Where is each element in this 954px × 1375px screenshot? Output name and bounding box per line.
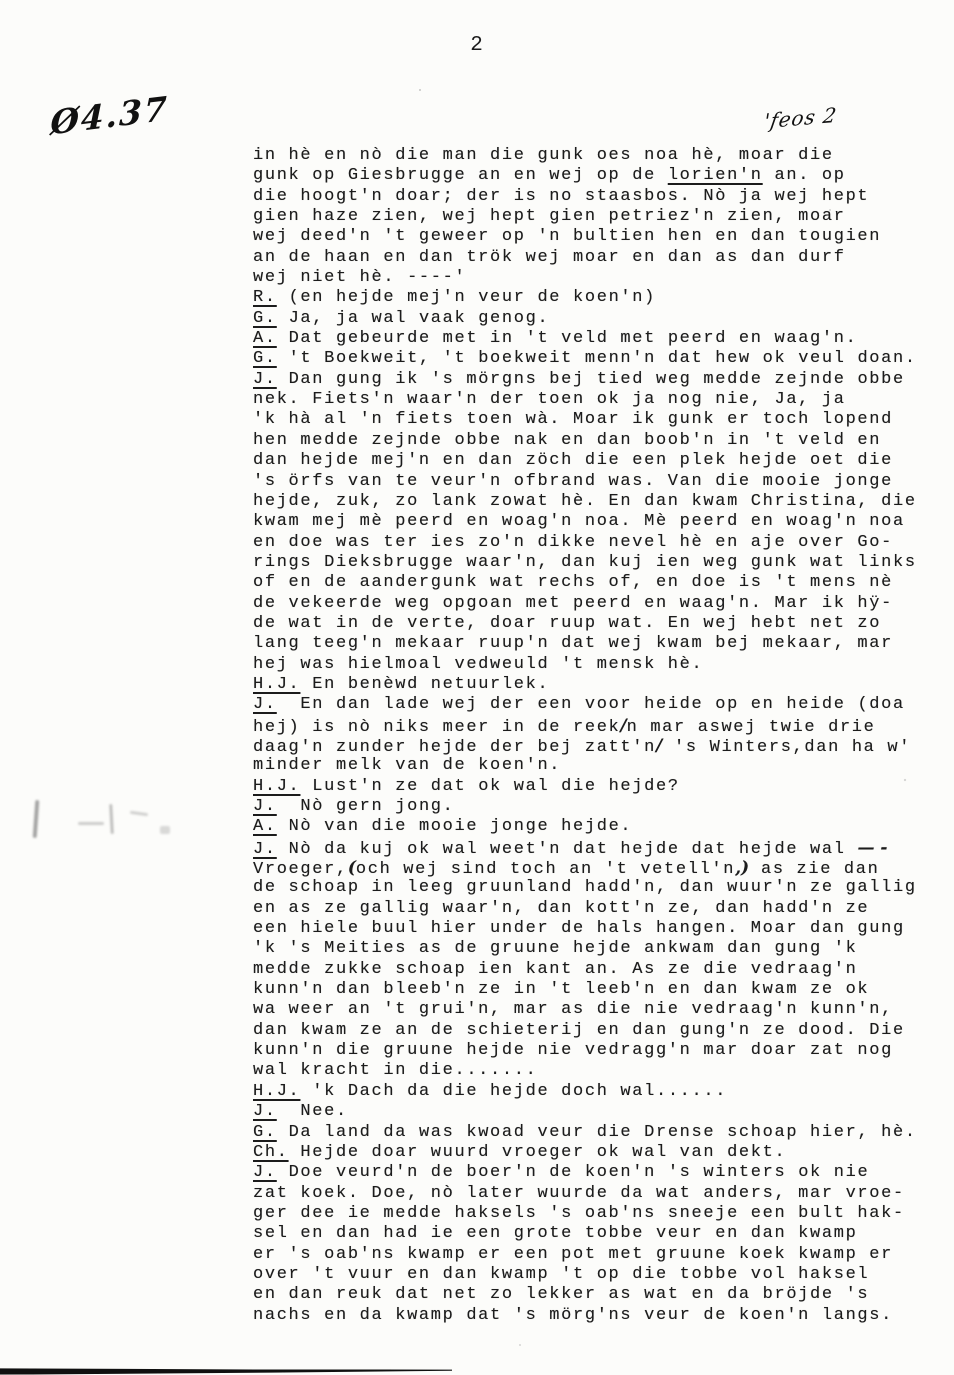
text-segment: Dan gung ik 's mörgns bej tied weg medde… [277, 370, 905, 389]
text-segment: nachs en da kwamp dat 's mörg'ns veur de… [253, 1306, 893, 1325]
text-segment: hej) is nò niks meer in de reek [253, 718, 620, 737]
underlined-speaker-label: R. [253, 288, 277, 307]
text-segment: gunk op Giesbrugge an en wej op de [253, 166, 668, 185]
underlined-speaker-label: lorien'n [668, 166, 763, 185]
handwritten-correction-mark: — - [857, 838, 887, 858]
text-segment: en as ze gallig waar'n, dan kott'n ze, d… [253, 899, 869, 918]
text-line: G. Da land da was kwoad veur die Drense … [253, 1123, 945, 1143]
text-segment: Nò da kuj ok wal weet'n dat hejde dat he… [277, 840, 858, 859]
underlined-speaker-label: A. [253, 817, 277, 836]
underlined-speaker-label: J. [253, 797, 277, 816]
text-segment: (en hejde mej'n veur de koen'n) [277, 288, 656, 307]
text-line: 'k hà al 'n fiets toen wà. Moar ik gunk … [253, 410, 945, 430]
underlined-speaker-label: J. [253, 1102, 277, 1121]
text-segment: gien haze zien, wej hept gien petriez'n … [253, 207, 846, 226]
text-segment: Ja, ja wal vaak genog. [277, 309, 550, 328]
underlined-speaker-label: Ch. [253, 1143, 289, 1162]
text-segment: Nò gern jong. [277, 797, 455, 816]
text-segment: de vekeerde weg opgoan met peerd en waag… [253, 594, 893, 613]
text-segment: hen medde zejnde obbe nak en dan boob'n … [253, 431, 881, 450]
text-line: de wat in de verte, doar ruup wat. En we… [253, 614, 945, 634]
text-line: wal kracht in die....... [253, 1061, 945, 1081]
text-segment: en doe was ter ies zo'n dikke nevel hè e… [253, 533, 893, 552]
text-line: rings Dieksbrugge waar'n, dan kuj ien we… [253, 553, 945, 573]
text-segment: 'k 's Meities as de gruune hejde ankwam … [253, 939, 857, 958]
text-segment: wej niet hè. ----' [253, 268, 466, 287]
text-line: medde zukke schoap ien kant an. As ze di… [253, 960, 945, 980]
text-segment: 't Boekweit, 't boekweit menn'n dat hew … [277, 349, 917, 368]
text-segment: an de haan en dan trök wej moar en dan a… [253, 248, 846, 267]
underlined-speaker-label: G. [253, 309, 277, 328]
text-line: daag'n zunder hejde der bej zatt'n/ 's W… [253, 736, 945, 756]
text-line: wej niet hè. ----' [253, 268, 945, 288]
text-line: lang teeg'n mekaar ruup'n dat wej kwam b… [253, 634, 945, 654]
text-segment: de wat in de verte, doar ruup wat. En we… [253, 614, 881, 633]
text-segment: daag'n zunder hejde der bej zatt'n [253, 738, 656, 757]
text-line: nek. Fiets'n waar'n der toen ok ja nog n… [253, 390, 945, 410]
text-line: Vroeger,(och wej sind toch an 't vetell'… [253, 858, 945, 878]
text-line: nachs en da kwamp dat 's mörg'ns veur de… [253, 1306, 945, 1326]
text-segment: sel en dan had ie een grote tobbe veur e… [253, 1224, 857, 1243]
text-segment: 'k hà al 'n fiets toen wà. Moar ik gunk … [253, 410, 893, 429]
text-line: J. Nò da kuj ok wal weet'n dat hejde dat… [253, 838, 945, 858]
text-line: wej deed'n 't geweer op 'n bultien hen e… [253, 227, 945, 247]
text-line: G. 't Boekweit, 't boekweit menn'n dat h… [253, 349, 945, 369]
underlined-speaker-label: J. [253, 1163, 277, 1182]
text-segment: 'k Dach da die hejde doch wal...... [300, 1082, 727, 1101]
text-segment: 's örfs van te veur'n ofbrand was. Van d… [253, 472, 893, 491]
text-segment: in hè en nò die man die gunk oes noa hè,… [253, 146, 834, 165]
underlined-speaker-label: H.J. [253, 675, 300, 694]
text-segment: Lust'n ze dat ok wal die hejde? [300, 777, 679, 796]
text-line: dan hejde mej'n en dan zöch die een plek… [253, 451, 945, 471]
text-line: gien haze zien, wej hept gien petriez'n … [253, 207, 945, 227]
text-line: A. Dat gebeurde met in 't veld met peerd… [253, 329, 945, 349]
text-segment: zat koek. Doe, nò later wuurde da wat an… [253, 1184, 905, 1203]
text-line: 's örfs van te veur'n ofbrand was. Van d… [253, 472, 945, 492]
text-line: 'k 's Meities as de gruune hejde ankwam … [253, 939, 945, 959]
text-segment: 's Winters,dan ha w' [662, 738, 911, 757]
text-line: H.J. 'k Dach da die hejde doch wal...... [253, 1082, 945, 1102]
text-segment: of en de aandergunk wat rechs of, en doe… [253, 573, 893, 592]
text-segment: die hoogt'n doar; der is no staasbos. Nò… [253, 187, 869, 206]
text-segment: an. op [763, 166, 846, 185]
handwritten-annotation-top-right: 'feos 2 [762, 103, 839, 134]
underlined-speaker-label: H.J. [253, 1082, 300, 1101]
text-line: kunn'n dan bleeb'n ze in 't leeb'n en da… [253, 980, 945, 1000]
handwritten-correction-mark: ,) [735, 858, 749, 878]
text-line: of en de aandergunk wat rechs of, en doe… [253, 573, 945, 593]
scan-smudge [78, 822, 104, 825]
text-segment: dan kwam ze an de schieterij en dan gung… [253, 1021, 905, 1040]
text-segment: och wej sind toch an 't vetell'n [356, 860, 735, 879]
text-line: in hè en nò die man die gunk oes noa hè,… [253, 146, 945, 166]
text-segment: medde zukke schoap ien kant an. As ze di… [253, 960, 857, 979]
text-line: H.J. Lust'n ze dat ok wal die hejde? [253, 777, 945, 797]
text-line: die hoogt'n doar; der is no staasbos. Nò… [253, 187, 945, 207]
scanned-document-page: 2 Ø4.37 'feos 2 in hè en nò die man die … [0, 0, 954, 1375]
text-segment: ger dee ie medde haksels 's oab'ns sneej… [253, 1204, 905, 1223]
text-segment: Hejde doar wuurd vroeger ok wal van dekt… [289, 1143, 787, 1162]
text-segment: En dan lade wej der een voor heide op en… [277, 695, 905, 714]
text-segment: kunn'n die gruune hejde nie vedragg'n ma… [253, 1041, 893, 1060]
text-segment: er 's oab'ns kwamp er een pot met gruune… [253, 1245, 893, 1264]
text-line: over 't vuur en dan kwamp 't op die tobb… [253, 1265, 945, 1285]
text-line: sel en dan had ie een grote tobbe veur e… [253, 1224, 945, 1244]
text-line: de vekeerde weg opgoan met peerd en waag… [253, 594, 945, 614]
text-line: hen medde zejnde obbe nak en dan boob'n … [253, 431, 945, 451]
text-segment: hej was hielmoal vedweuld 't mensk hè. [253, 655, 703, 674]
text-segment: hejde, zuk, zo lank zowat hè. En dan kwa… [253, 492, 917, 511]
text-segment: een hiele buul hier under de hals hangen… [253, 919, 905, 938]
text-line: hejde, zuk, zo lank zowat hè. En dan kwa… [253, 492, 945, 512]
text-line: J. En dan lade wej der een voor heide op… [253, 695, 945, 715]
text-line: er 's oab'ns kwamp er een pot met gruune… [253, 1245, 945, 1265]
text-segment: wej deed'n 't geweer op 'n bultien hen e… [253, 227, 881, 246]
text-line: hej) is nò niks meer in de reek/n mar as… [253, 716, 945, 736]
text-line: en doe was ter ies zo'n dikke nevel hè e… [253, 533, 945, 553]
handwritten-annotation-top-left: Ø4.37 [50, 89, 169, 143]
text-line: en as ze gallig waar'n, dan kott'n ze, d… [253, 899, 945, 919]
text-segment: wal kracht in die....... [253, 1061, 537, 1080]
page-number: 2 [0, 34, 954, 57]
text-segment: Nee. [277, 1102, 348, 1121]
text-segment: n mar aswej twie drie [627, 718, 876, 737]
text-line: R. (en hejde mej'n veur de koen'n) [253, 288, 945, 308]
underlined-speaker-label: J. [253, 695, 277, 714]
text-line: J. Nee. [253, 1102, 945, 1122]
scan-smudge [160, 826, 170, 834]
underlined-speaker-label: J. [253, 840, 277, 859]
text-line: gunk op Giesbrugge an en wej op de lorie… [253, 166, 945, 186]
text-segment: dan hejde mej'n en dan zöch die een plek… [253, 451, 893, 470]
text-line: Ch. Hejde doar wuurd vroeger ok wal van … [253, 1143, 945, 1163]
text-line: een hiele buul hier under de hals hangen… [253, 919, 945, 939]
text-line: minder melk van de koen'n. [253, 756, 945, 776]
scan-edge-artifact [0, 1365, 452, 1375]
text-line: de schoap in leeg gruunland hadd'n, dan … [253, 878, 945, 898]
text-segment: Dat gebeurde met in 't veld met peerd en… [277, 329, 858, 348]
text-line: A. Nò van die mooie jonge hejde. [253, 817, 945, 837]
text-segment: kunn'n dan bleeb'n ze in 't leeb'n en da… [253, 980, 869, 999]
underlined-speaker-label: A. [253, 329, 277, 348]
text-segment: minder melk van de koen'n. [253, 756, 561, 775]
text-segment: Da land da was kwoad veur die Drense sch… [277, 1123, 917, 1142]
text-line: G. Ja, ja wal vaak genog. [253, 309, 945, 329]
text-segment: as zie dan [749, 860, 879, 879]
text-line: kwam mej mè peerd en woag'n noa. Mè peer… [253, 512, 945, 532]
text-line: ger dee ie medde haksels 's oab'ns sneej… [253, 1204, 945, 1224]
typewritten-text: in hè en nò die man die gunk oes noa hè,… [253, 146, 945, 1326]
text-line: zat koek. Doe, nò later wuurde da wat an… [253, 1184, 945, 1204]
text-line: wa weer an 't grui'n, mar as die nie ved… [253, 1000, 945, 1020]
text-segment: lang teeg'n mekaar ruup'n dat wej kwam b… [253, 634, 893, 653]
text-line: kunn'n die gruune hejde nie vedragg'n ma… [253, 1041, 945, 1061]
text-segment: rings Dieksbrugge waar'n, dan kuj ien we… [253, 553, 917, 572]
text-line: J. Doe veurd'n de boer'n de koen'n 's wi… [253, 1163, 945, 1183]
text-line: dan kwam ze an de schieterij en dan gung… [253, 1021, 945, 1041]
text-segment: Doe veurd'n de boer'n de koen'n 's winte… [277, 1163, 870, 1182]
underlined-speaker-label: G. [253, 349, 277, 368]
text-line: an de haan en dan trök wej moar en dan a… [253, 248, 945, 268]
handwritten-correction-mark: ( [348, 858, 356, 878]
scan-smudge [109, 804, 114, 834]
text-line: J. Nò gern jong. [253, 797, 945, 817]
text-line: J. Dan gung ik 's mörgns bej tied weg me… [253, 370, 945, 390]
scan-smudge [130, 811, 148, 816]
text-segment: wa weer an 't grui'n, mar as die nie ved… [253, 1000, 893, 1019]
text-segment: de schoap in leeg gruunland hadd'n, dan … [253, 878, 917, 897]
text-line: hej was hielmoal vedweuld 't mensk hè. [253, 655, 945, 675]
text-segment: Vroeger, [253, 860, 348, 879]
text-segment: nek. Fiets'n waar'n der toen ok ja nog n… [253, 390, 846, 409]
underlined-speaker-label: H.J. [253, 777, 300, 796]
underlined-speaker-label: J. [253, 370, 277, 389]
text-segment: Nò van die mooie jonge hejde. [277, 817, 633, 836]
underlined-speaker-label: G. [253, 1123, 277, 1142]
text-segment: En benèwd netuurlek. [300, 675, 549, 694]
text-segment: over 't vuur en dan kwamp 't op die tobb… [253, 1265, 869, 1284]
text-segment: en dan reuk dat net zo lekker as wat en … [253, 1285, 869, 1304]
text-line: en dan reuk dat net zo lekker as wat en … [253, 1285, 945, 1305]
text-line: H.J. En benèwd netuurlek. [253, 675, 945, 695]
text-segment: kwam mej mè peerd en woag'n noa. Mè peer… [253, 512, 905, 531]
scan-smudge [33, 800, 40, 838]
